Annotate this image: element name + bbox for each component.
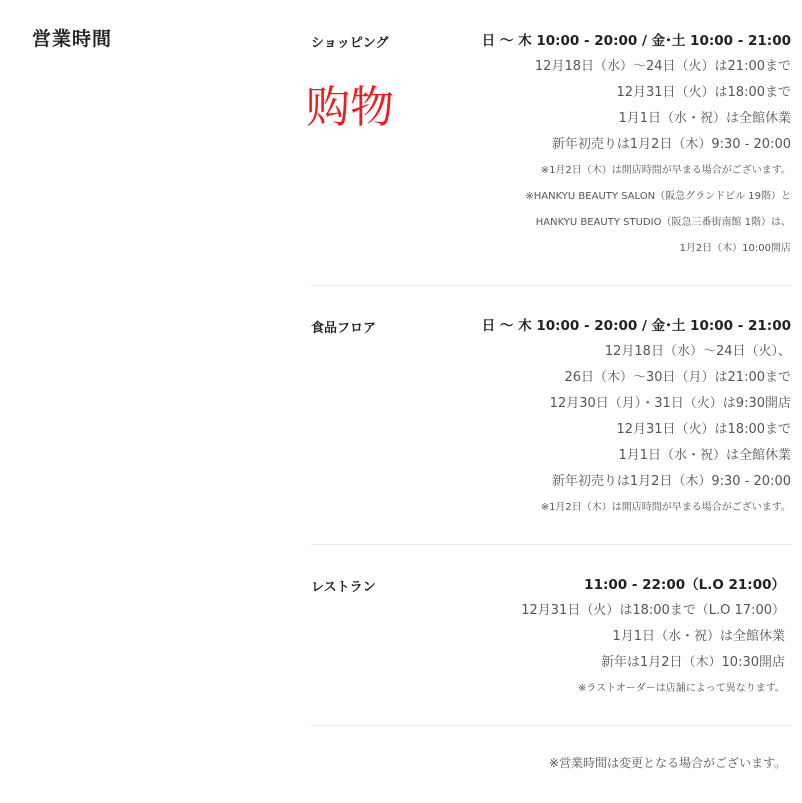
page-heading: 営業時間 bbox=[32, 24, 112, 51]
hours-line: 新年初売りは1月2日（木）9:30 - 20:00 bbox=[482, 473, 791, 499]
hours-note: ※HANKYU BEAUTY SALON（阪急グランドビル 19階）と bbox=[482, 188, 791, 214]
hours-line: 12月18日（水）～24日（火）、 bbox=[482, 343, 791, 369]
hours-lines-shopping: 日 ～ 木 10:00 - 20:00 / 金･土 10:00 - 21:00 … bbox=[482, 32, 791, 266]
hours-note: ※1月2日（木）は開店時間が早まる場合がございます。 bbox=[482, 162, 791, 188]
hours-line: 12月31日（火）は18:00まで（L.O 17:00） bbox=[521, 602, 785, 628]
section-restaurant: レストラン 11:00 - 22:00（L.O 21:00） 12月31日（火）… bbox=[311, 576, 791, 706]
hours-line: 11:00 - 22:00（L.O 21:00） bbox=[521, 576, 785, 602]
hours-line: 1月1日（水・祝）は全館休業 bbox=[482, 447, 791, 473]
section-title-restaurant: レストラン bbox=[311, 576, 376, 595]
hours-line: 12月18日（水）～24日（火）は21:00まで bbox=[482, 58, 791, 84]
hours-line: 26日（木）～30日（月）は21:00まで bbox=[482, 369, 791, 395]
section-food-floor: 食品フロア 日 ～ 木 10:00 - 20:00 / 金･土 10:00 - … bbox=[311, 317, 791, 527]
section-title-shopping: ショッピング bbox=[311, 32, 388, 51]
section-shopping: ショッピング 日 ～ 木 10:00 - 20:00 / 金･土 10:00 -… bbox=[311, 32, 791, 262]
section-title-food-floor: 食品フロア bbox=[311, 317, 376, 336]
hours-line: 新年は1月2日（木）10:30開店 bbox=[521, 654, 785, 680]
footer-note: ※営業時間は変更となる場合がございます。 bbox=[549, 754, 786, 771]
hours-line: 日 ～ 木 10:00 - 20:00 / 金･土 10:00 - 21:00 bbox=[482, 32, 791, 58]
hours-lines-restaurant: 11:00 - 22:00（L.O 21:00） 12月31日（火）は18:00… bbox=[521, 576, 785, 706]
section-divider bbox=[311, 725, 791, 726]
hours-line: 12月31日（火）は18:00まで bbox=[482, 84, 791, 110]
hours-lines-food-floor: 日 ～ 木 10:00 - 20:00 / 金･土 10:00 - 21:00 … bbox=[482, 317, 791, 525]
hours-line: 新年初売りは1月2日（木）9:30 - 20:00 bbox=[482, 136, 791, 162]
hours-note: ※ラストオーダーは店舗によって異なります。 bbox=[521, 680, 785, 706]
hours-line: 日 ～ 木 10:00 - 20:00 / 金･土 10:00 - 21:00 bbox=[482, 317, 791, 343]
hours-line: 12月31日（火）は18:00まで bbox=[482, 421, 791, 447]
section-divider bbox=[311, 544, 791, 545]
section-divider bbox=[311, 285, 791, 286]
hours-line: 1月1日（水・祝）は全館休業 bbox=[521, 628, 785, 654]
hours-note: HANKYU BEAUTY STUDIO（阪急三番街南館 1階）は、 bbox=[482, 214, 791, 240]
hours-line: 1月1日（水・祝）は全館休業 bbox=[482, 110, 791, 136]
hours-line: 12月30日（月）・31日（火）は9:30開店 bbox=[482, 395, 791, 421]
hours-note: 1月2日（木）10:00開店 bbox=[482, 240, 791, 266]
hours-note: ※1月2日（木）は開店時間が早まる場合がございます。 bbox=[482, 499, 791, 525]
